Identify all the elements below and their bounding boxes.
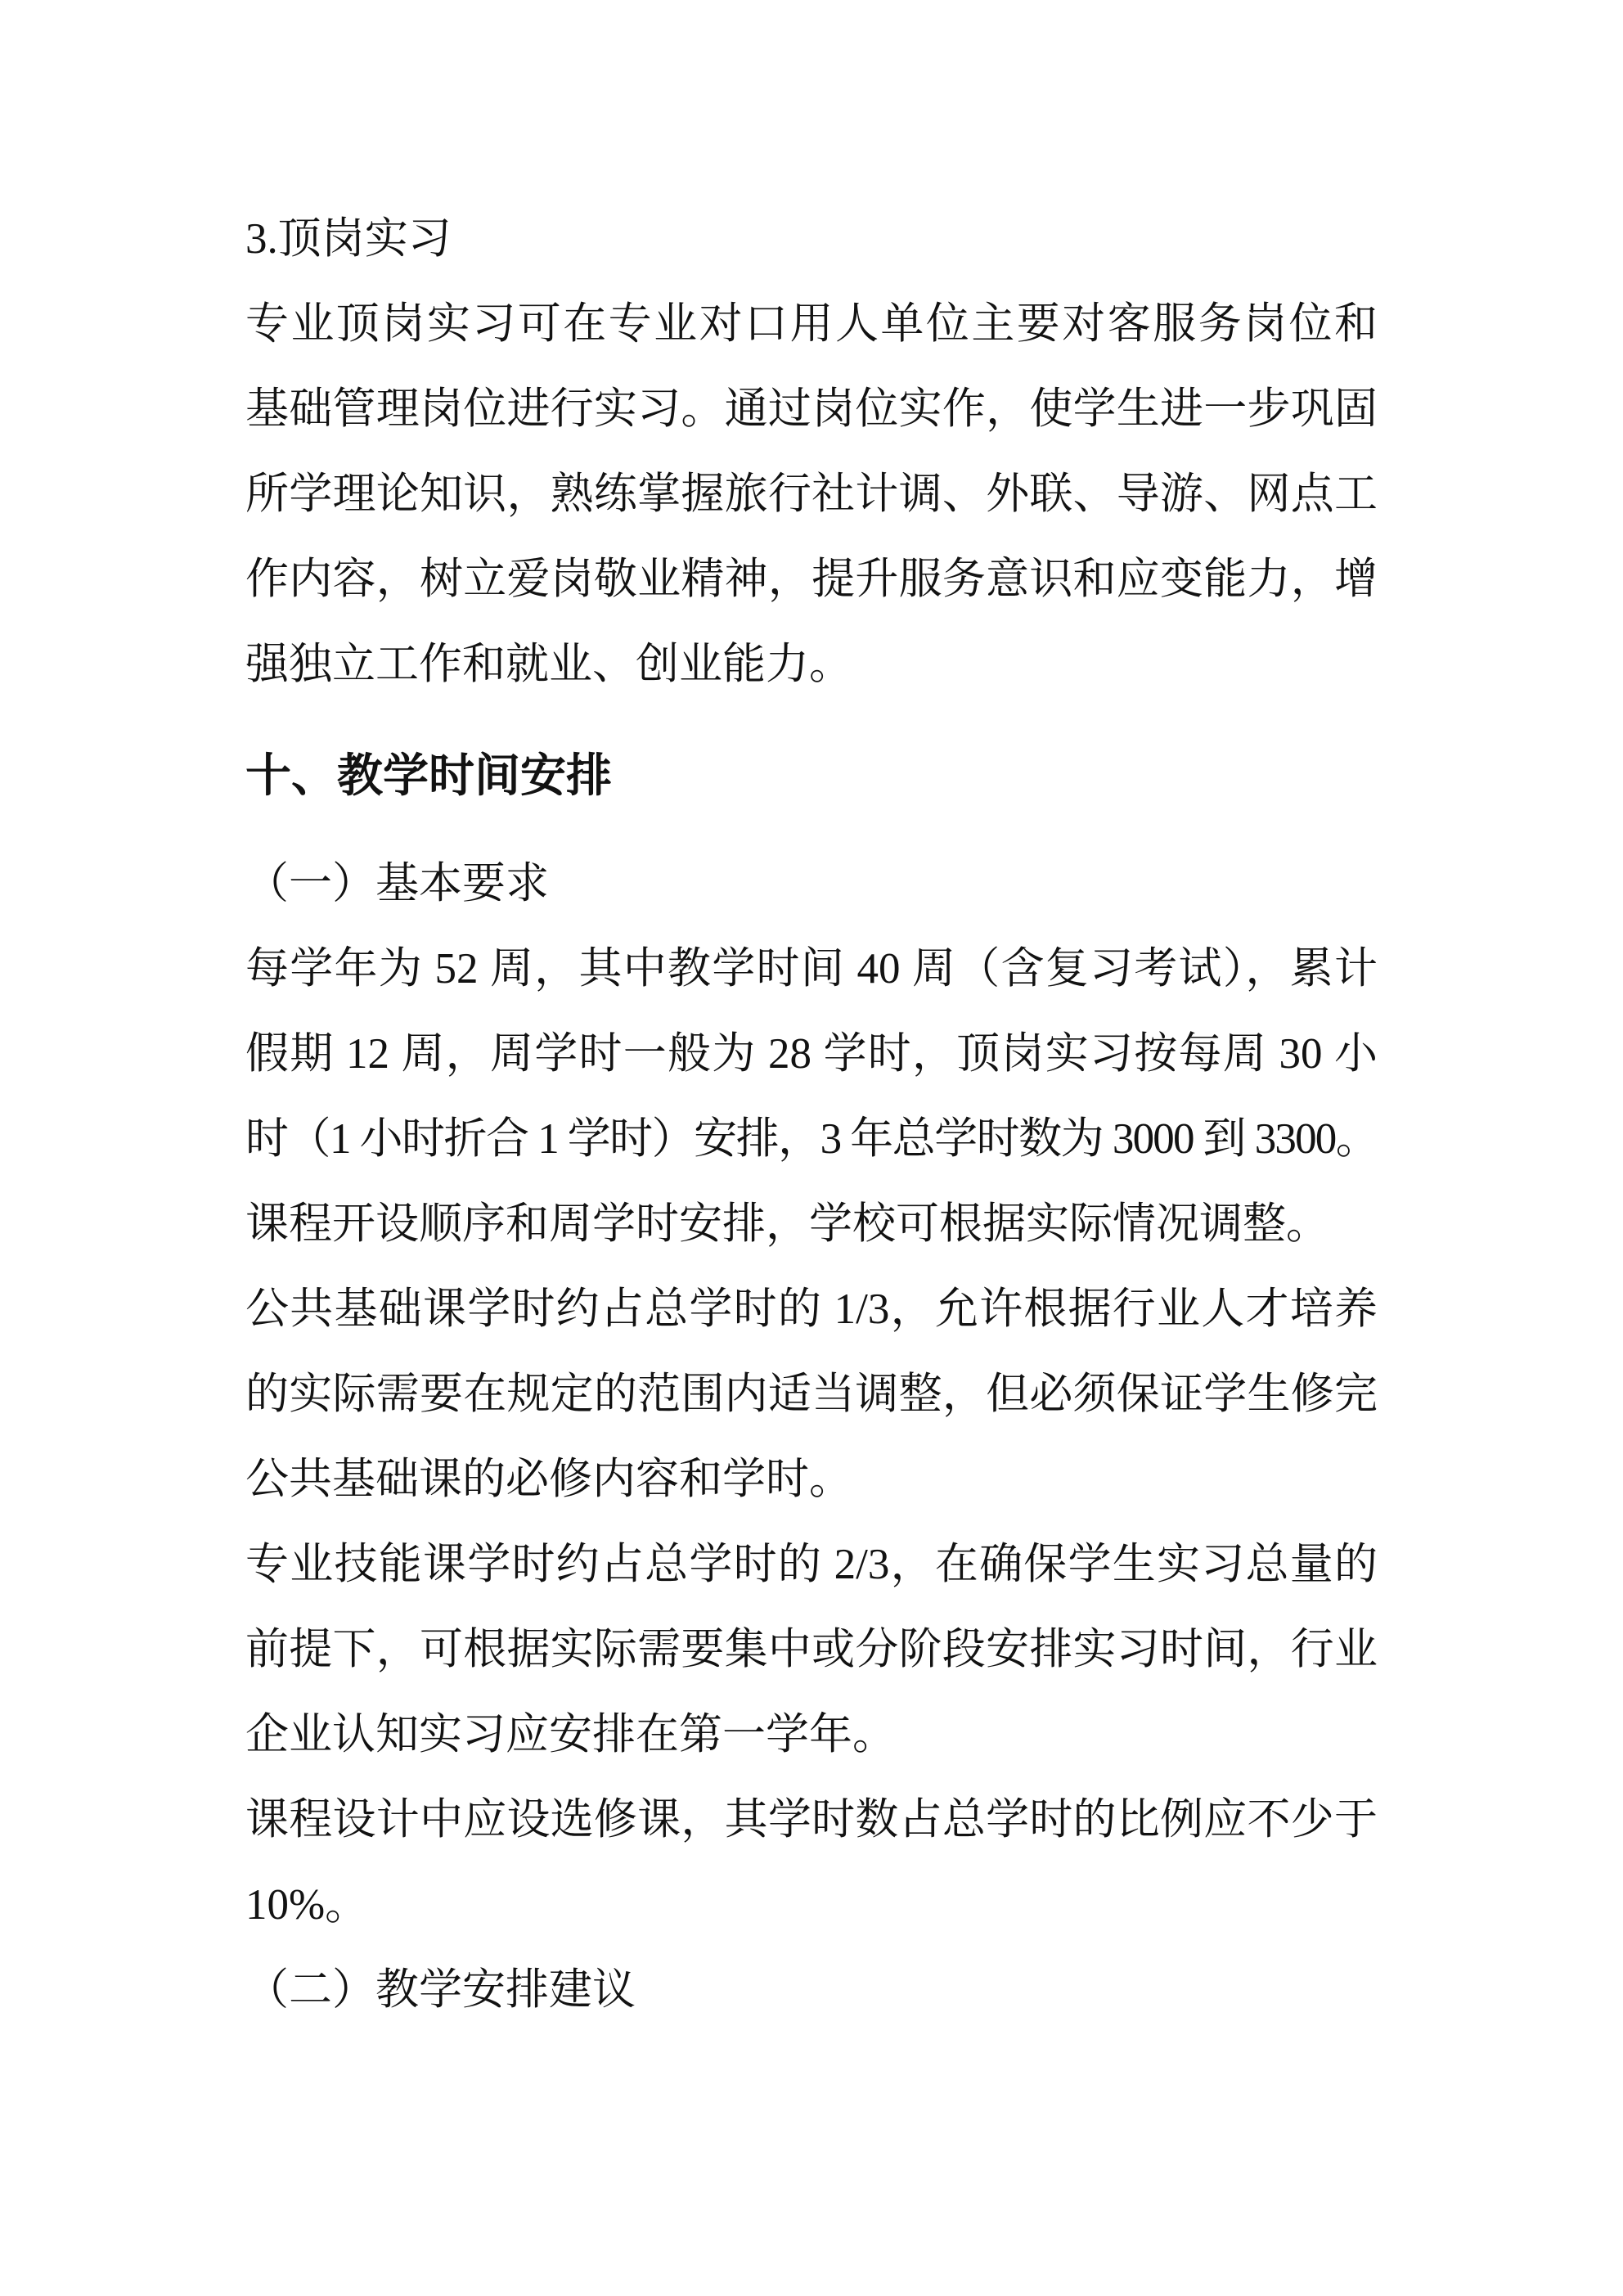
body-line: 专业技能课学时约占总学时的 2/3，在确保学生实习总量的 (245, 1522, 1378, 1607)
body-line-paragraph-end: 10%。 (245, 1862, 1378, 1947)
body-line: 所学理论知识，熟练掌握旅行社计调、外联、导游、网点工 (245, 452, 1378, 537)
body-line: 的实际需要在规定的范围内适当调整，但必须保证学生修完 (245, 1352, 1378, 1437)
body-line-paragraph-end: 课程开设顺序和周学时安排，学校可根据实际情况调整。 (245, 1182, 1378, 1267)
body-line: 时（1 小时折合 1 学时）安排，3 年总学时数为 3000 到 3300。 (245, 1096, 1378, 1182)
body-line: 前提下，可根据实际需要集中或分阶段安排实习时间，行业 (245, 1607, 1378, 1692)
subsection-heading: （一）基本要求 (245, 841, 1378, 926)
body-line: 课程设计中应设选修课，其学时数占总学时的比例应不少于 (245, 1777, 1378, 1862)
body-line: 作内容，树立爱岗敬业精神，提升服务意识和应变能力，增 (245, 537, 1378, 622)
numbered-item-heading: 3.顶岗实习 (245, 196, 1378, 281)
body-line: 公共基础课学时约占总学时的 1/3，允许根据行业人才培养 (245, 1267, 1378, 1352)
document-page: 3.顶岗实习 专业顶岗实习可在专业对口用人单位主要对客服务岗位和 基础管理岗位进… (0, 0, 1623, 2296)
document-text-block: 3.顶岗实习 专业顶岗实习可在专业对口用人单位主要对客服务岗位和 基础管理岗位进… (245, 196, 1378, 2033)
body-line-paragraph-end: 公共基础课的必修内容和学时。 (245, 1437, 1378, 1522)
body-line: 专业顶岗实习可在专业对口用人单位主要对客服务岗位和 (245, 281, 1378, 367)
body-line: 基础管理岗位进行实习。通过岗位实作，使学生进一步巩固 (245, 367, 1378, 452)
body-line: 每学年为 52 周，其中教学时间 40 周（含复习考试），累计 (245, 926, 1378, 1011)
subsection-heading: （二）教学安排建议 (245, 1947, 1378, 2033)
body-line-paragraph-end: 强独立工作和就业、创业能力。 (245, 622, 1378, 707)
section-heading: 十、教学时间安排 (245, 733, 1378, 818)
body-line-paragraph-end: 企业认知实习应安排在第一学年。 (245, 1692, 1378, 1777)
body-line: 假期 12 周，周学时一般为 28 学时，顶岗实习按每周 30 小 (245, 1011, 1378, 1096)
